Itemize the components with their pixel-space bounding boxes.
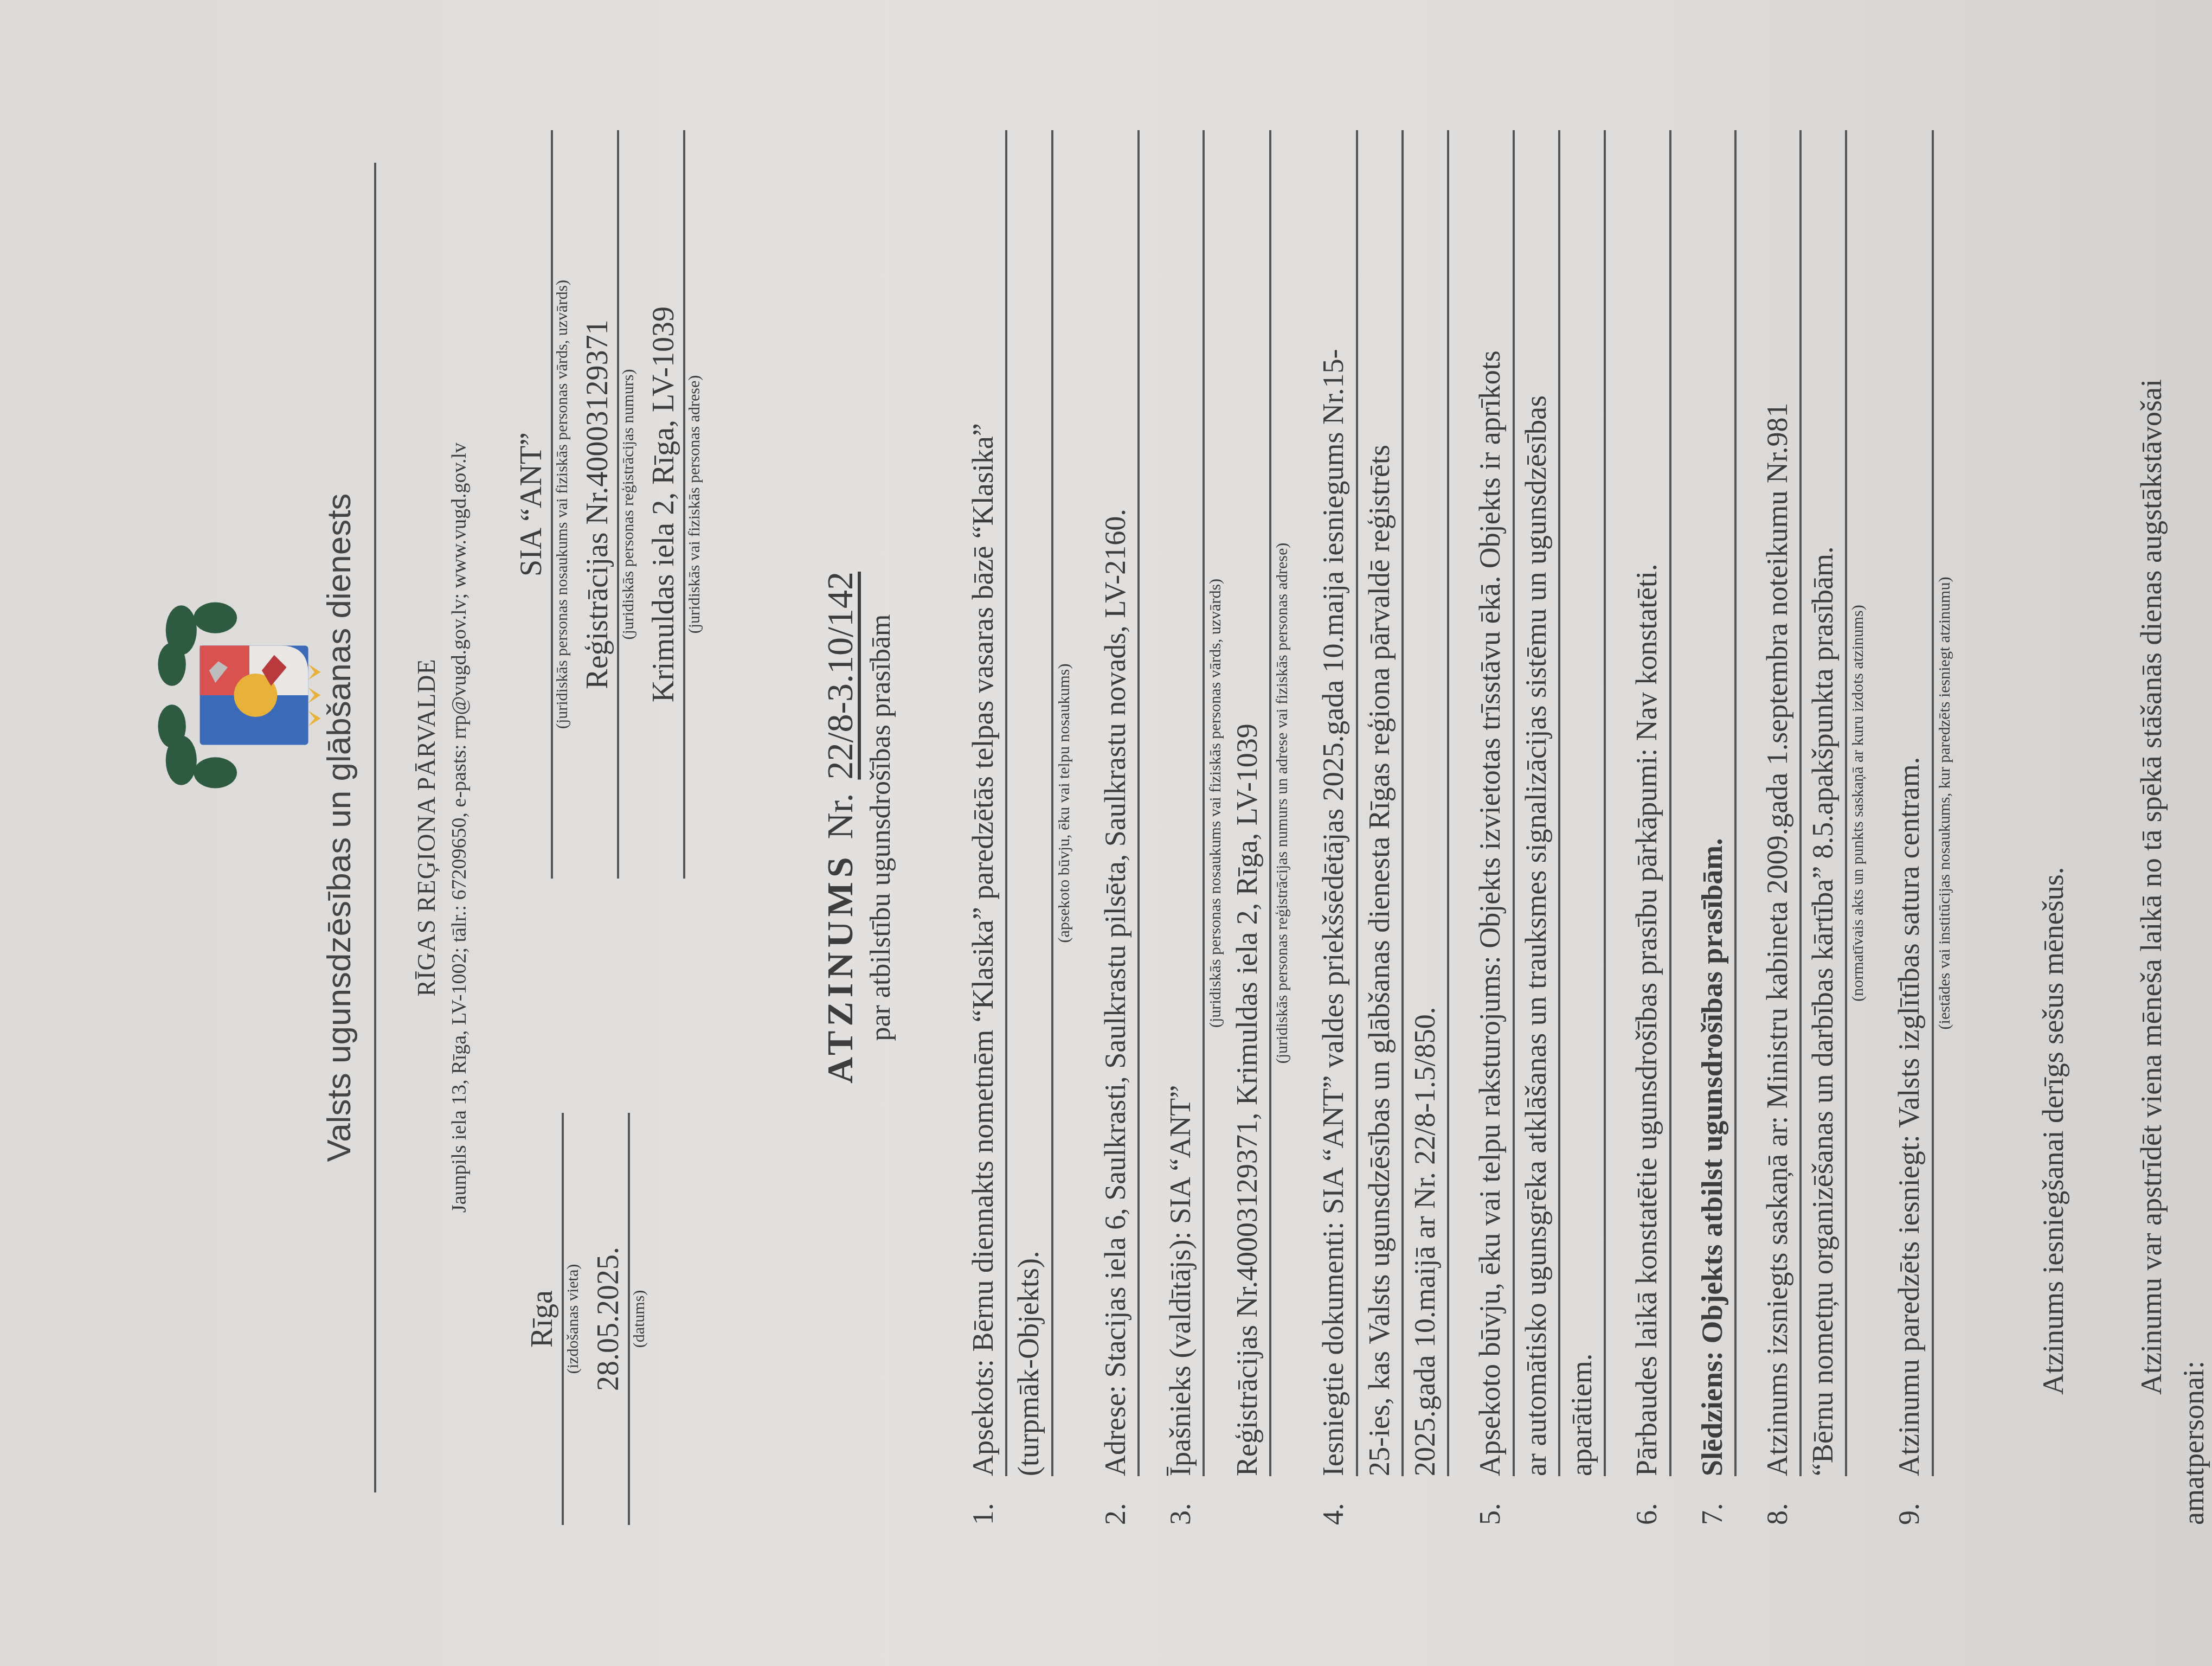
item-body: Iesniegtie dokumenti: SIA “ANT” valdes p… [1312, 130, 1449, 1476]
recipient-reg-caption: (juridiskās personas reģistrācijas numur… [619, 130, 638, 879]
document-page: Valsts ugunsdzēsības un glābšanas dienes… [0, 0, 2212, 1666]
item-line: Adrese: Stacijas iela 6, Saulkrasti, Sau… [1094, 130, 1140, 1476]
title-nr-label: Nr. [819, 793, 860, 840]
item-line: ar automātisko ugunsgrēka atklāšanas un … [1515, 130, 1560, 1476]
item-number: 4. [1312, 1476, 1449, 1525]
recipient-details: SIA “ANT” (juridiskās personas nosaukums… [515, 130, 713, 879]
item-caption: (juridiskās personas nosaukums vai fizis… [1205, 130, 1226, 1476]
item-line: Slēdziens: Objekts atbilst ugunsdrošības… [1691, 130, 1737, 1476]
issue-details: Rīga (izdošanas vieta) 28.05.2025. (datu… [526, 1113, 658, 1525]
item-body: Apsekoto būvju, ēku vai telpu raksturoju… [1469, 130, 1606, 1476]
issue-place: Rīga [526, 1113, 560, 1525]
recipient-address-caption: (juridiskās vai fiziskās personas adrese… [685, 130, 704, 879]
item-body: Apsekots: Bērnu diennakts nometnēm “Klas… [962, 130, 1075, 1476]
item-number: 5. [1469, 1476, 1606, 1525]
list-item: 9.Atzinumu paredzēts iesniegt: Valsts iz… [1888, 130, 1954, 1525]
item-line: Apsekoto būvju, ēku vai telpu raksturoju… [1469, 130, 1514, 1476]
coat-of-arms-icon [152, 587, 325, 804]
findings-list: 1.Apsekots: Bērnu diennakts nometnēm “Kl… [962, 130, 1955, 1525]
item-line: 2025.gada 10.maijā ar Nr. 22/8-1.5/850. [1404, 130, 1449, 1476]
item-number: 3. [1159, 1476, 1293, 1525]
issue-date: 28.05.2025. [592, 1113, 626, 1525]
item-number: 9. [1888, 1476, 1954, 1525]
document-title: ATZINUMS Nr. 22/8-3.10/142 par atbilstīb… [819, 130, 897, 1525]
item-number: 6. [1625, 1476, 1671, 1525]
item-number: 1. [962, 1476, 1075, 1525]
item-caption: (juridiskās personas reģistrācijas numur… [1271, 130, 1293, 1476]
item-body: Pārbaudes laikā konstatētie ugunsdrošība… [1625, 130, 1671, 1476]
list-item: 3.Īpašnieks (valdītājs): SIA “ANT”(jurid… [1159, 130, 1293, 1525]
item-line: Apsekots: Bērnu diennakts nometnēm “Klas… [962, 130, 1007, 1476]
item-number: 7. [1691, 1476, 1737, 1525]
list-item: 1.Apsekots: Bērnu diennakts nometnēm “Kl… [962, 130, 1075, 1525]
item-caption: (normatīvais akts un punkts saskaņā ar k… [1847, 130, 1868, 1476]
item-line: (turpmāk-Objekts). [1007, 130, 1053, 1476]
item-line: “Bērnu nometņu organizēšanas un darbības… [1802, 130, 1847, 1476]
item-line: Pārbaudes laikā konstatētie ugunsdrošība… [1625, 130, 1671, 1476]
item-caption: (iestādes vai institūcijas nosaukums, ku… [1934, 130, 1955, 1476]
item-body: Slēdziens: Objekts atbilst ugunsdrošības… [1691, 130, 1737, 1476]
list-item: 2.Adrese: Stacijas iela 6, Saulkrasti, S… [1094, 130, 1140, 1525]
letterhead: Valsts ugunsdzēsības un glābšanas dienes… [141, 130, 640, 1525]
item-line: Reģistrācijas Nr.40003129371, Krimuldas … [1226, 130, 1271, 1476]
item-line: Atzinums izsniegts saskaņā ar: Ministru … [1756, 130, 1802, 1476]
agency-name: Valsts ugunsdzēsības un glābšanas dienes… [320, 130, 358, 1525]
item-body: Īpašnieks (valdītājs): SIA “ANT”(juridis… [1159, 130, 1293, 1476]
item-line: aparātiem. [1560, 130, 1606, 1476]
item-line: 25-ies, kas Valsts ugunsdzēsības un glāb… [1358, 130, 1404, 1476]
appeal-note-cont: amatpersonai: [2177, 130, 2210, 1525]
item-number: 8. [1756, 1476, 1869, 1525]
item-line: Iesniegtie dokumenti: SIA “ANT” valdes p… [1312, 130, 1358, 1476]
item-caption: (apsekoto būvju, ēku vai telpu nosaukums… [1053, 130, 1075, 1476]
validity-note: Atzinums iesniegšanai derīgs sešus mēneš… [2036, 130, 2070, 1525]
region-office: RĪGAS REĢIONA PĀRVALDE [412, 130, 441, 1525]
recipient-name-caption: (juridiskās personas nosaukums vai fizis… [553, 130, 572, 879]
title-number: 22/8-3.10/142 [819, 572, 860, 779]
appeal-note: Atzinumu var apstrīdēt viena mēneša laik… [2130, 130, 2174, 1525]
item-number: 2. [1094, 1476, 1140, 1525]
title-word: ATZINUMS [819, 853, 860, 1084]
contact-details: Jaunpils iela 13, Rīga, LV-1002; tālr.: … [447, 130, 471, 1525]
title-line: ATZINUMS Nr. 22/8-3.10/142 [819, 130, 861, 1525]
list-item: 4.Iesniegtie dokumenti: SIA “ANT” valdes… [1312, 130, 1449, 1525]
issue-date-caption: (datums) [630, 1113, 649, 1525]
list-item: 8.Atzinums izsniegts saskaņā ar: Ministr… [1756, 130, 1869, 1525]
recipient-name: SIA “ANT” [515, 130, 549, 879]
list-item: 6.Pārbaudes laikā konstatētie ugunsdrošī… [1625, 130, 1671, 1525]
item-body: Atzinums izsniegts saskaņā ar: Ministru … [1756, 130, 1869, 1476]
recipient-address: Krimuldas iela 2, Rīga, LV-1039 [647, 130, 681, 879]
item-body: Adrese: Stacijas iela 6, Saulkrasti, Sau… [1094, 130, 1140, 1476]
item-line: Īpašnieks (valdītājs): SIA “ANT” [1159, 130, 1205, 1476]
list-item: 5.Apsekoto būvju, ēku vai telpu raksturo… [1469, 130, 1606, 1525]
title-subtitle: par atbilstību ugunsdrošības prasībām [865, 130, 897, 1525]
item-body: Atzinumu paredzēts iesniegt: Valsts izgl… [1888, 130, 1954, 1476]
list-item: 7.Slēdziens: Objekts atbilst ugunsdrošīb… [1691, 130, 1737, 1525]
item-line: Atzinumu paredzēts iesniegt: Valsts izgl… [1888, 130, 1933, 1476]
issue-place-caption: (izdošanas vieta) [564, 1113, 583, 1525]
divider [374, 163, 376, 1492]
recipient-reg-no: Reģistrācijas Nr.40003129371 [581, 130, 615, 879]
